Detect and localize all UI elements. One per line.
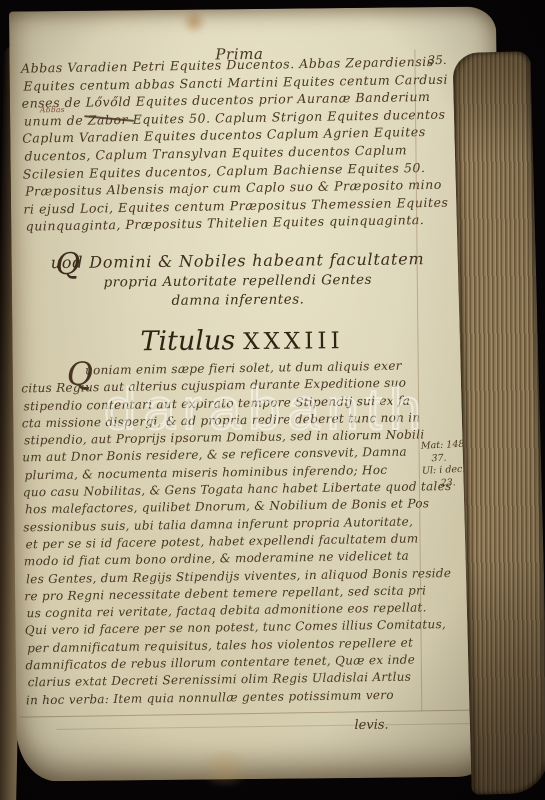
heading-line: damna inferentes. xyxy=(48,290,428,312)
interlinear-note: Abbas xyxy=(40,105,65,114)
title: TitulusXXXIII xyxy=(140,324,343,357)
crease-line xyxy=(20,710,470,718)
manuscript-page: Prima 35. Abbas Varadien Petri Equites D… xyxy=(9,6,504,781)
title-script-word: Titulus xyxy=(140,325,235,357)
section-heading: uod Domini & Nobiles habeant facultatem … xyxy=(48,249,429,312)
muster-list: Abbas Varadien Petri Equites Ducentos. A… xyxy=(21,54,434,237)
title-numeral: XXXIII xyxy=(243,328,344,355)
stain-top xyxy=(181,9,207,33)
body-text: uoniam enim sæpe fieri solet, ut dum ali… xyxy=(21,358,438,710)
catchword: levis. xyxy=(354,718,388,733)
book-photo: Prima 35. Abbas Varadien Petri Equites D… xyxy=(0,0,545,800)
crease-line xyxy=(56,723,476,730)
stain-bottom xyxy=(195,751,255,786)
